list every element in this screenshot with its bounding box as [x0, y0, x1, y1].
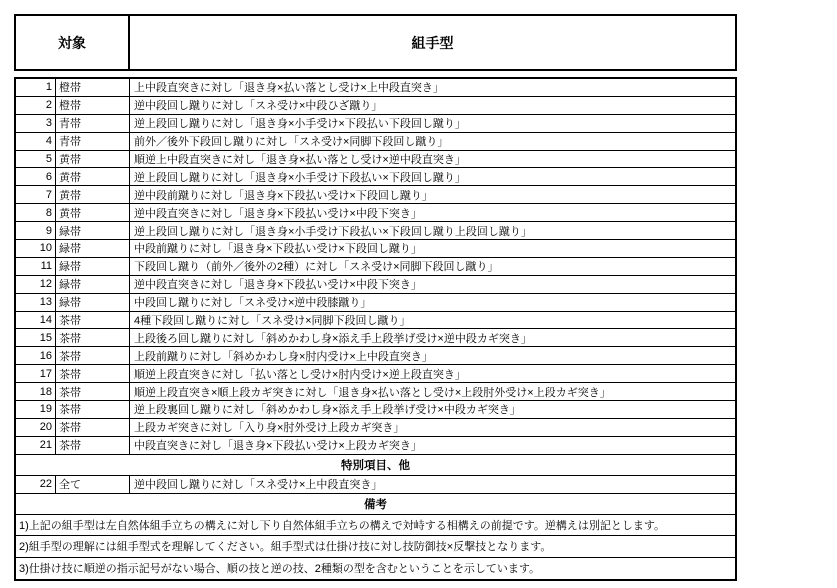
technique-cell: 上段カギ突きに対し「入り身×肘外受け上段カギ突き」: [130, 419, 735, 436]
table-row: 17 茶帯 順逆上段直突きに対し「払い落とし受け×肘内受け×逆上段直突き」: [16, 365, 735, 383]
section-label-row: 備考: [16, 494, 735, 515]
row-number-cell: 18: [16, 383, 56, 400]
table-row: 16 茶帯 上段前蹴りに対し「斜めかわし身×肘内受け×上中段直突き」: [16, 347, 735, 365]
technique-cell: 中段回し蹴りに対し「スネ受け×逆中段膝蹴り」: [130, 294, 735, 311]
row-number-cell: 14: [16, 312, 56, 329]
table-row: 7 黄帯 逆中段前蹴りに対し「退き身×下段払い受け×下段回し蹴り」: [16, 186, 735, 204]
technique-cell: 下段回し蹴り（前外／後外の2種）に対し「スネ受け×同脚下段回し蹴り」: [130, 258, 735, 275]
belt-cell: 緑帯: [56, 294, 130, 311]
table-row: 11 緑帯 下段回し蹴り（前外／後外の2種）に対し「スネ受け×同脚下段回し蹴り」: [16, 258, 735, 276]
table-row: 5 黄帯 順逆上中段直突きに対し「退き身×払い落とし受け×逆中段直突き」: [16, 151, 735, 169]
table-header-row: 対象 組手型: [14, 14, 737, 71]
row-number-cell: 3: [16, 115, 56, 132]
technique-cell: 順逆上段直突きに対し「払い落とし受け×肘内受け×逆上段直突き」: [130, 365, 735, 382]
belt-cell: 茶帯: [56, 419, 130, 436]
row-number-cell: 12: [16, 276, 56, 293]
belt-cell: 茶帯: [56, 383, 130, 400]
row-number-cell: 15: [16, 329, 56, 346]
technique-cell: 上段後ろ回し蹴りに対し「斜めかわし身×添え手上段挙げ受け×逆中段カギ突き」: [130, 329, 735, 346]
belt-cell: 茶帯: [56, 329, 130, 346]
technique-cell: 逆上段回し蹴りに対し「退き身×小手受け下段払い×下段回し蹴り上段回し蹴り」: [130, 222, 735, 239]
technique-cell: 前外／後外下段回し蹴りに対し「スネ受け×同脚下段回し蹴り」: [130, 133, 735, 150]
row-number-cell: 6: [16, 168, 56, 185]
technique-cell: 4種下段回し蹴りに対し「スネ受け×同脚下段回し蹴り」: [130, 312, 735, 329]
belt-cell: 橙帯: [56, 97, 130, 114]
table-row: 20 茶帯 上段カギ突きに対し「入り身×肘外受け上段カギ突き」: [16, 419, 735, 437]
row-number-cell: 10: [16, 240, 56, 257]
row-number-cell: 13: [16, 294, 56, 311]
belt-cell: 黄帯: [56, 204, 130, 221]
table-row: 3 青帯 逆上段回し蹴りに対し「退き身×小手受け×下段払い下段回し蹴り」: [16, 115, 735, 133]
technique-cell: 逆中段回し蹴りに対し「スネ受け×中段ひざ蹴り」: [130, 97, 735, 114]
technique-cell: 上中段直突きに対し「退き身×払い落とし受け×上中段直突き」: [130, 79, 735, 96]
table-row: 9 緑帯 逆上段回し蹴りに対し「退き身×小手受け下段払い×下段回し蹴り上段回し蹴…: [16, 222, 735, 240]
table-row: 10 緑帯 中段前蹴りに対し「退き身×下段払い受け×下段回し蹴り」: [16, 240, 735, 258]
belt-cell: 黄帯: [56, 168, 130, 185]
technique-cell: 逆中段直突きに対し「退き身×下段払い受け×中段下突き」: [130, 204, 735, 221]
table-row: 22 全て 逆中段回し蹴りに対し「スネ受け×上中段直突き」: [16, 476, 735, 494]
belt-cell: 茶帯: [56, 365, 130, 382]
technique-cell: 逆中段前蹴りに対し「退き身×下段払い受け×下段回し蹴り」: [130, 186, 735, 203]
belt-cell: 黄帯: [56, 186, 130, 203]
technique-cell: 上段前蹴りに対し「斜めかわし身×肘内受け×上中段直突き」: [130, 347, 735, 364]
technique-cell: 逆上段回し蹴りに対し「退き身×小手受け×下段払い下段回し蹴り」: [130, 115, 735, 132]
table-row: 19 茶帯 逆上段裏回し蹴りに対し「斜めかわし身×添え手上段挙げ受け×中段カギ突…: [16, 401, 735, 419]
technique-cell: 逆中段回し蹴りに対し「スネ受け×上中段直突き」: [130, 476, 735, 493]
row-number-cell: 8: [16, 204, 56, 221]
belt-cell: 茶帯: [56, 401, 130, 418]
belt-cell: 茶帯: [56, 437, 130, 454]
belt-cell: 黄帯: [56, 151, 130, 168]
belt-cell: 全て: [56, 476, 130, 493]
belt-cell: 緑帯: [56, 240, 130, 257]
row-number-cell: 20: [16, 419, 56, 436]
table-body: 1 橙帯 上中段直突きに対し「退き身×払い落とし受け×上中段直突き」 2 橙帯 …: [14, 77, 737, 581]
belt-cell: 緑帯: [56, 258, 130, 275]
row-number-cell: 16: [16, 347, 56, 364]
table-row: 13 緑帯 中段回し蹴りに対し「スネ受け×逆中段膝蹴り」: [16, 294, 735, 312]
section-label-row: 特別項目、他: [16, 455, 735, 476]
technique-cell: 順逆上段直突き×順上段カギ突きに対し「退き身×払い落とし受け×上段肘外受け×上段…: [130, 383, 735, 400]
table-row: 12 緑帯 逆中段直突きに対し「退き身×下段払い受け×中段下突き」: [16, 276, 735, 294]
table-row: 8 黄帯 逆中段直突きに対し「退き身×下段払い受け×中段下突き」: [16, 204, 735, 222]
note-row: 1)上記の組手型は左自然体組手立ちの構えに対し下り自然体組手立ちの構えで対峙する…: [16, 515, 735, 537]
table-row: 1 橙帯 上中段直突きに対し「退き身×払い落とし受け×上中段直突き」: [16, 79, 735, 97]
technique-cell: 逆中段直突きに対し「退き身×下段払い受け×中段下突き」: [130, 276, 735, 293]
table-row: 21 茶帯 中段直突きに対し「退き身×下段払い受け×上段カギ突き」: [16, 437, 735, 455]
row-number-cell: 9: [16, 222, 56, 239]
row-number-cell: 5: [16, 151, 56, 168]
table-row: 2 橙帯 逆中段回し蹴りに対し「スネ受け×中段ひざ蹴り」: [16, 97, 735, 115]
technique-cell: 順逆上中段直突きに対し「退き身×払い落とし受け×逆中段直突き」: [130, 151, 735, 168]
technique-cell: 中段直突きに対し「退き身×下段払い受け×上段カギ突き」: [130, 437, 735, 454]
row-number-cell: 7: [16, 186, 56, 203]
table-row: 18 茶帯 順逆上段直突き×順上段カギ突きに対し「退き身×払い落とし受け×上段肘…: [16, 383, 735, 401]
row-number-cell: 21: [16, 437, 56, 454]
note-row: 2)組手型の理解には組手型式を理解してください。組手型式は仕掛け技に対し技防御技…: [16, 536, 735, 558]
table-row: 14 茶帯 4種下段回し蹴りに対し「スネ受け×同脚下段回し蹴り」: [16, 312, 735, 330]
belt-cell: 青帯: [56, 133, 130, 150]
kumite-kata-table: 対象 組手型 1 橙帯 上中段直突きに対し「退き身×払い落とし受け×上中段直突き…: [14, 14, 737, 581]
row-number-cell: 17: [16, 365, 56, 382]
row-number-cell: 22: [16, 476, 56, 493]
row-number-cell: 19: [16, 401, 56, 418]
header-target-cell: 対象: [16, 16, 130, 69]
kumite-kata-sheet: 対象 組手型 1 橙帯 上中段直突きに対し「退き身×払い落とし受け×上中段直突き…: [0, 0, 837, 588]
technique-cell: 中段前蹴りに対し「退き身×下段払い受け×下段回し蹴り」: [130, 240, 735, 257]
table-row: 4 青帯 前外／後外下段回し蹴りに対し「スネ受け×同脚下段回し蹴り」: [16, 133, 735, 151]
row-number-cell: 11: [16, 258, 56, 275]
technique-cell: 逆上段回し蹴りに対し「退き身×小手受け下段払い×下段回し蹴り」: [130, 168, 735, 185]
table-row: 6 黄帯 逆上段回し蹴りに対し「退き身×小手受け下段払い×下段回し蹴り」: [16, 168, 735, 186]
table-row: 15 茶帯 上段後ろ回し蹴りに対し「斜めかわし身×添え手上段挙げ受け×逆中段カギ…: [16, 329, 735, 347]
row-number-cell: 4: [16, 133, 56, 150]
technique-cell: 逆上段裏回し蹴りに対し「斜めかわし身×添え手上段挙げ受け×中段カギ突き」: [130, 401, 735, 418]
note-row: 3)仕掛け技に順逆の指示記号がない場合、順の技と逆の技、2種類の型を含むというこ…: [16, 558, 735, 580]
belt-cell: 緑帯: [56, 276, 130, 293]
belt-cell: 青帯: [56, 115, 130, 132]
belt-cell: 茶帯: [56, 347, 130, 364]
belt-cell: 茶帯: [56, 312, 130, 329]
belt-cell: 橙帯: [56, 79, 130, 96]
belt-cell: 緑帯: [56, 222, 130, 239]
row-number-cell: 1: [16, 79, 56, 96]
header-kumite-cell: 組手型: [130, 16, 735, 69]
row-number-cell: 2: [16, 97, 56, 114]
